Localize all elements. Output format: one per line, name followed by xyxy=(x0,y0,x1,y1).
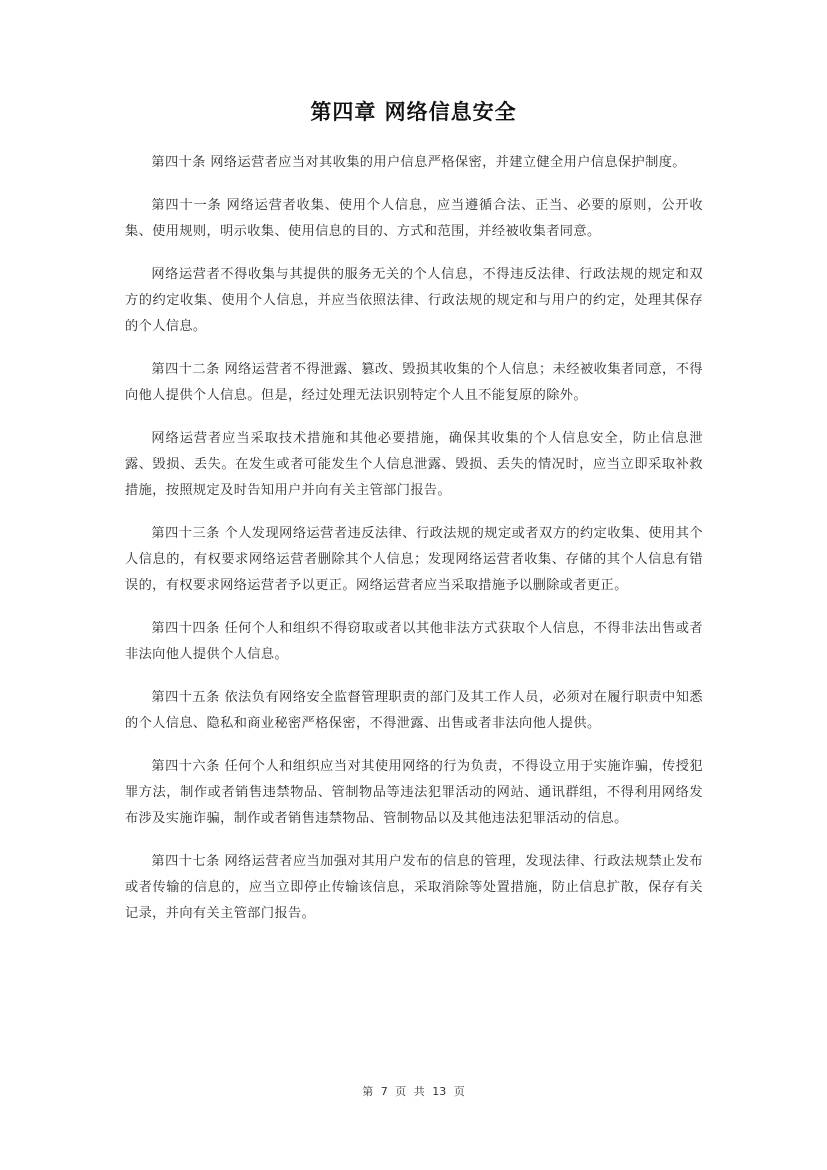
paragraph-article-40: 第四十条 网络运营者应当对其收集的用户信息严格保密，并建立健全用户信息保护制度。 xyxy=(125,150,703,176)
document-body: 第四十条 网络运营者应当对其收集的用户信息严格保密，并建立健全用户信息保护制度。… xyxy=(125,150,703,944)
page-number-footer: 第 7 页 共 13 页 xyxy=(0,1083,827,1099)
paragraph-article-45: 第四十五条 依法负有网络安全监督管理职责的部门及其工作人员，必须对在履行职责中知… xyxy=(125,685,703,737)
paragraph-article-42-cont: 网络运营者应当采取技术措施和其他必要措施，确保其收集的个人信息安全，防止信息泄露… xyxy=(125,426,703,504)
chapter-title: 第四章 网络信息安全 xyxy=(0,96,827,126)
paragraph-article-43: 第四十三条 个人发现网络运营者违反法律、行政法规的规定或者双方的约定收集、使用其… xyxy=(125,521,703,599)
paragraph-article-41: 第四十一条 网络运营者收集、使用个人信息，应当遵循合法、正当、必要的原则，公开收… xyxy=(125,193,703,245)
paragraph-article-47: 第四十七条 网络运营者应当加强对其用户发布的信息的管理，发现法律、行政法规禁止发… xyxy=(125,849,703,927)
paragraph-article-42: 第四十二条 网络运营者不得泄露、篡改、毁损其收集的个人信息；未经被收集者同意，不… xyxy=(125,357,703,409)
paragraph-article-46: 第四十六条 任何个人和组织应当对其使用网络的行为负责，不得设立用于实施诈骗，传授… xyxy=(125,754,703,832)
paragraph-article-44: 第四十四条 任何个人和组织不得窃取或者以其他非法方式获取个人信息，不得非法出售或… xyxy=(125,616,703,668)
document-page: 第四章 网络信息安全 第四十条 网络运营者应当对其收集的用户信息严格保密，并建立… xyxy=(0,0,827,1170)
paragraph-article-41-cont: 网络运营者不得收集与其提供的服务无关的个人信息，不得违反法律、行政法规的规定和双… xyxy=(125,262,703,340)
